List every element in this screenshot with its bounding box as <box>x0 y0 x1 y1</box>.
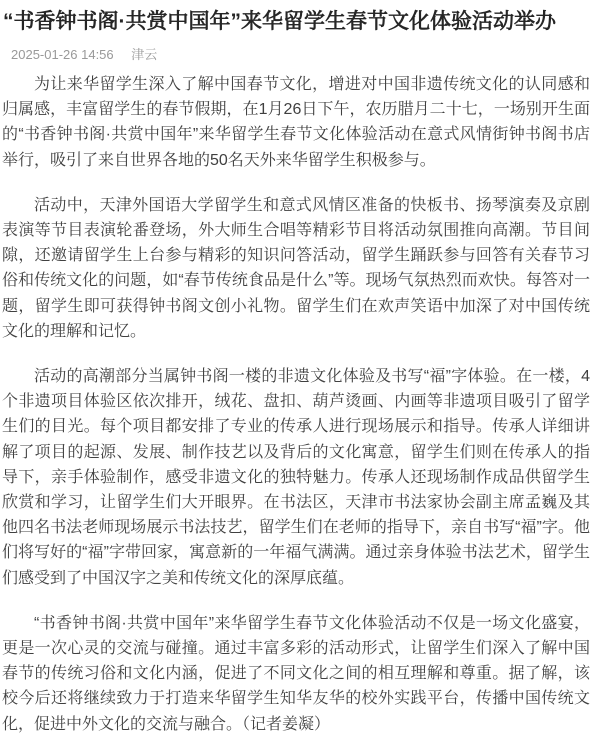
source-name: 津云 <box>131 47 157 62</box>
news-article-page: “书香钟书阁·共赏中国年”来华留学生春节文化体验活动举办 2025-01-26 … <box>0 0 599 737</box>
article-body: 为让来华留学生深入了解中国春节文化，增进对中国非遗传统文化的认同感和归属感，丰富… <box>2 72 590 737</box>
article-paragraph: “书香钟书阁·共赏中国年”来华留学生春节文化体验活动不仅是一场文化盛宴，更是一次… <box>2 611 590 737</box>
article-meta: 2025-01-26 14:56 津云 <box>11 47 590 62</box>
article-paragraph: 为让来华留学生深入了解中国春节文化，增进对中国非遗传统文化的认同感和归属感，丰富… <box>2 72 590 173</box>
publish-datetime: 2025-01-26 14:56 <box>11 47 114 62</box>
article-paragraph: 活动的高潮部分当属钟书阁一楼的非遗文化体验及书写“福”字体验。在一楼，4个非遗项… <box>2 364 590 591</box>
article-paragraph: 活动中，天津外国语大学留学生和意式风情区准备的快板书、扬琴演奏及京剧表演等节目表… <box>2 193 590 344</box>
article-title: “书香钟书阁·共赏中国年”来华留学生春节文化体验活动举办 <box>3 8 590 35</box>
